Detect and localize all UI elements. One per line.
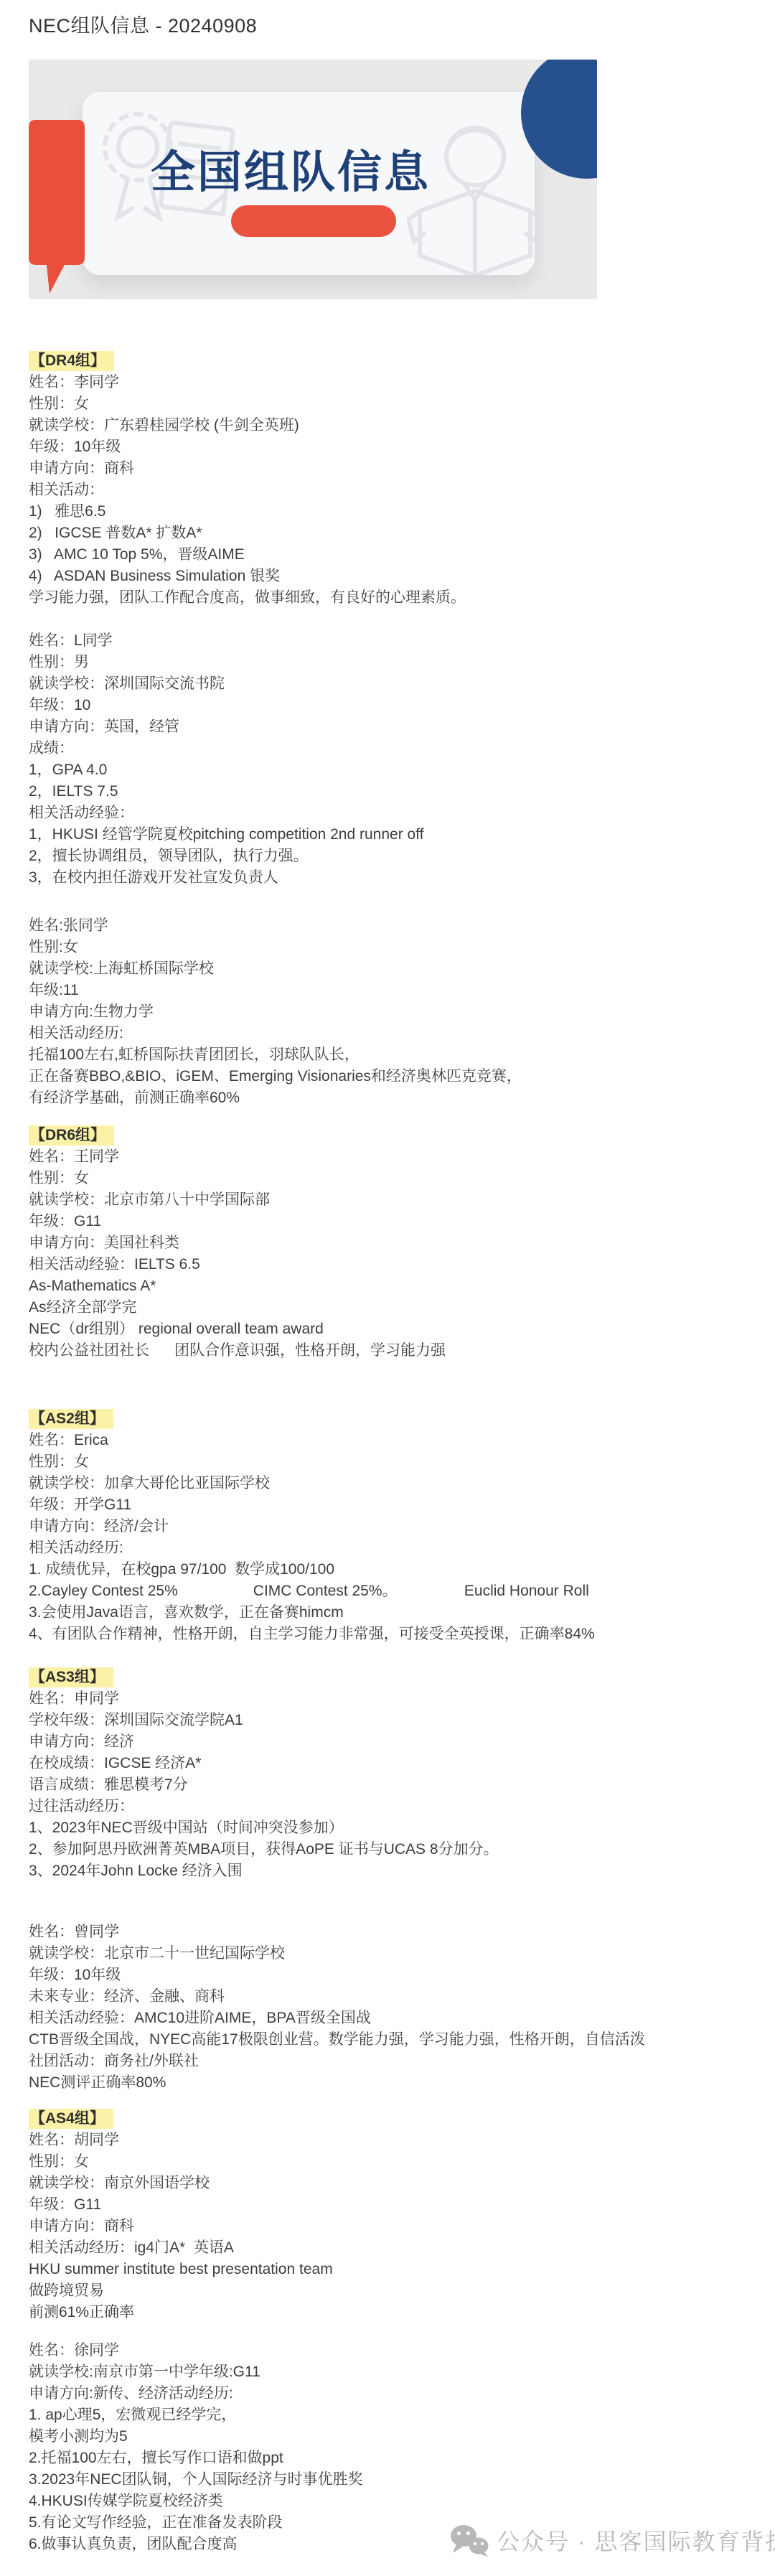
text-line: 相关活动经历: [29,1537,768,1559]
text-line: 申请方向：美国社科类 [29,1232,768,1254]
text-line: 2、参加阿思丹欧洲菁英MBA项目，获得AoPE 证书与UCAS 8分加分。 [29,1839,768,1860]
text-line: 姓名：Erica [29,1430,768,1451]
text-line: As-Mathematics A* [29,1275,768,1297]
text-line: 年级：10 [29,695,768,716]
text-line: 4.HKUSI传媒学院夏校经济类 [29,2491,768,2512]
text-line: 有经济学基础，前测正确率60% [29,1087,768,1109]
text-line: As经济全部学完 [29,1297,768,1319]
red-underline-bar [231,205,396,237]
page-title: NEC组队信息 - 20240908 [29,10,257,38]
text-line: 3.会使用Java语言，喜欢数学，正在备赛himcm [29,1602,768,1624]
banner-image: 全国组队信息 [29,60,597,299]
text-line: 年级：G11 [29,1211,768,1232]
text-line: 姓名：李同学 [29,372,768,393]
text-line: 模考小测均为5 [29,2426,768,2448]
text-line: 姓名：L同学 [29,630,768,652]
text-line: 相关活动： [29,479,768,501]
watermark-text: 公众号 · 思客国际教育背提 [497,2524,775,2557]
text-line: NEC测评正确率80% [29,2072,768,2094]
wechat-icon [449,2524,489,2557]
text-line: 成绩： [29,738,768,759]
text-line: 性别：女 [29,2151,768,2173]
text-line: HKU summer institute best presentation t… [29,2259,768,2280]
text-line: 3、2024年John Locke 经济入围 [29,1860,768,1882]
text-line: 年级：G11 [29,2194,768,2216]
text-line: 4) ASDAN Business Simulation 银奖 [29,566,768,587]
text-line: NEC（dr组别） regional overall team award [29,1319,768,1340]
text-line: 姓名：徐同学 [29,2340,768,2361]
text-line: 就读学校：北京市二十一世纪国际学校 [29,1943,768,1964]
text-line: 3，在校内担任游戏开发社宣发负责人 [29,867,768,889]
text-line: 3) AMC 10 Top 5%，晋级AIME [29,544,768,566]
text-line: 1. 成绩优异，在校gpa 97/100 数学成100/100 [29,1559,768,1580]
text-line: 相关活动经历：ig4门A* 英语A [29,2237,768,2259]
text-line: 姓名:张同学 [29,915,768,937]
text-line: 申请方向:生物力学 [29,1001,768,1023]
watermark: 公众号 · 思客国际教育背提 [449,2524,775,2557]
profile-section: 【AS3组】姓名：申同学学校年级：深圳国际交流学院A1申请方向：经济在校成绩：I… [29,1667,768,1882]
text-line: 语言成绩：雅思模考7分 [29,1774,768,1796]
group-label: 【AS4组】 [29,2109,113,2129]
text-line: 相关活动经验：AMC10进阶AIME，BPA晋级全国战 [29,2008,768,2029]
speech-bubble-shape [29,120,85,294]
profile-section: 姓名:张同学性别:女就读学校:上海虹桥国际学校年级:11申请方向:生物力学相关活… [29,915,768,1109]
text-line: 2，IELTS 7.5 [29,781,768,802]
text-line: 申请方向：经济 [29,1731,768,1753]
text-line: 1，GPA 4.0 [29,759,768,781]
text-line: 年级：10年级 [29,436,768,458]
text-line: 年级:11 [29,980,768,1001]
text-line: 就读学校：北京市第八十中学国际部 [29,1189,768,1211]
text-line: 申请方向：商科 [29,2216,768,2237]
text-line: 2) IGCSE 普数A* 扩数A* [29,523,768,544]
group-heading-line: 【AS4组】 [29,2108,768,2130]
banner-card: 全国组队信息 [83,92,535,275]
text-line: 姓名：胡同学 [29,2130,768,2151]
text-line: 就读学校：加拿大哥伦比亚国际学校 [29,1473,768,1494]
text-line: 相关活动经历: [29,1023,768,1044]
text-line: 相关活动经验：IELTS 6.5 [29,1254,768,1275]
text-line: 在校成绩：IGCSE 经济A* [29,1753,768,1774]
group-heading-line: 【DR6组】 [29,1125,768,1146]
content: 【DR4组】姓名：李同学性别：女就读学校：广东碧桂园学校 (牛剑全英班)年级：1… [29,350,768,2555]
text-line: 3.2023年NEC团队铜，个人国际经济与时事优胜奖 [29,2469,768,2491]
text-line: 性别：女 [29,1451,768,1473]
text-line: 1，HKUSI 经管学院夏校pitching competition 2nd r… [29,824,768,846]
text-line: 做跨境贸易 [29,2280,768,2302]
text-line: 1) 雅思6.5 [29,501,768,523]
text-line: 学习能力强，团队工作配合度高，做事细致，有良好的心理素质。 [29,587,768,609]
text-line: 性别：女 [29,393,768,415]
text-line: 过往活动经历： [29,1796,768,1817]
text-line: 姓名：曾同学 [29,1921,768,1943]
text-line: 2，擅长协调组员，领导团队，执行力强。 [29,846,768,867]
text-line: 相关活动经验： [29,802,768,824]
profile-section: 姓名：L同学性别：男就读学校：深圳国际交流书院年级：10申请方向：英国，经管成绩… [29,630,768,889]
text-line: 社团活动：商务社/外联社 [29,2051,768,2072]
profile-section: 姓名：徐同学就读学校:南京市第一中学年级:G11申请方向:新传、经济活动经历:1… [29,2340,768,2555]
group-heading-line: 【AS2组】 [29,1408,768,1430]
group-heading-line: 【DR4组】 [29,350,768,372]
text-line: 就读学校：广东碧桂园学校 (牛剑全英班) [29,415,768,436]
text-line: 托福100左右,虹桥国际扶青团团长，羽球队队长， [29,1044,768,1066]
text-line: 正在备赛BBO,&BIO、iGEM、Emerging Visionaries和经… [29,1066,768,1087]
text-line: 4、有团队合作精神，性格开朗，自主学习能力非常强，可接受全英授课，正确率84% [29,1624,768,1645]
text-line: 性别：女 [29,1168,768,1189]
profile-section: 【DR6组】姓名：王同学性别：女就读学校：北京市第八十中学国际部年级：G11申请… [29,1125,768,1362]
text-line: 就读学校:上海虹桥国际学校 [29,958,768,980]
text-line: 姓名：申同学 [29,1688,768,1710]
text-line: 申请方向：英国，经管 [29,716,768,738]
text-line: 就读学校：深圳国际交流书院 [29,673,768,695]
profile-section: 【AS4组】姓名：胡同学性别：女就读学校：南京外国语学校年级：G11申请方向：商… [29,2108,768,2323]
text-line: 年级：10年级 [29,1964,768,1986]
banner-title: 全国组队信息 [151,136,431,200]
text-line: 年级：开学G11 [29,1494,768,1516]
text-line: 2.托福100左右，擅长写作口语和做ppt [29,2448,768,2469]
text-line: 申请方向：商科 [29,458,768,479]
text-line: CTB晋级全国战，NYEC高能17极限创业营。数学能力强，学习能力强，性格开朗，… [29,2029,768,2051]
text-line: 就读学校:南京市第一中学年级:G11 [29,2361,768,2383]
text-line: 校内公益社团社长 团队合作意识强，性格开朗，学习能力强 [29,1340,768,1362]
text-line: 申请方向：经济/会计 [29,1516,768,1537]
text-line: 姓名：王同学 [29,1146,768,1168]
text-line: 1. ap心理5，宏微观已经学完， [29,2404,768,2426]
text-line: 2.Cayley Contest 25% CIMC Contest 25%。 E… [29,1580,768,1602]
text-line: 性别：男 [29,652,768,673]
text-line: 申请方向:新传、经济活动经历: [29,2383,768,2404]
text-line: 就读学校：南京外国语学校 [29,2173,768,2194]
profile-section: 【AS2组】姓名：Erica性别：女就读学校：加拿大哥伦比亚国际学校年级：开学G… [29,1408,768,1645]
group-label: 【AS3组】 [29,1667,113,1687]
text-line: 1、2023年NEC晋级中国站（时间冲突没参加） [29,1817,768,1839]
text-line: 性别:女 [29,937,768,958]
profile-section: 姓名：曾同学就读学校：北京市二十一世纪国际学校年级：10年级未来专业：经济、金融… [29,1921,768,2094]
profile-section: 【DR4组】姓名：李同学性别：女就读学校：广东碧桂园学校 (牛剑全英班)年级：1… [29,350,768,609]
group-label: 【DR6组】 [29,1125,114,1146]
group-label: 【DR4组】 [29,351,114,371]
text-line: 学校年级：深圳国际交流学院A1 [29,1710,768,1731]
text-line: 前测61%正确率 [29,2302,768,2323]
group-heading-line: 【AS3组】 [29,1667,768,1688]
group-label: 【AS2组】 [29,1409,113,1429]
text-line: 未来专业：经济、金融、商科 [29,1986,768,2008]
